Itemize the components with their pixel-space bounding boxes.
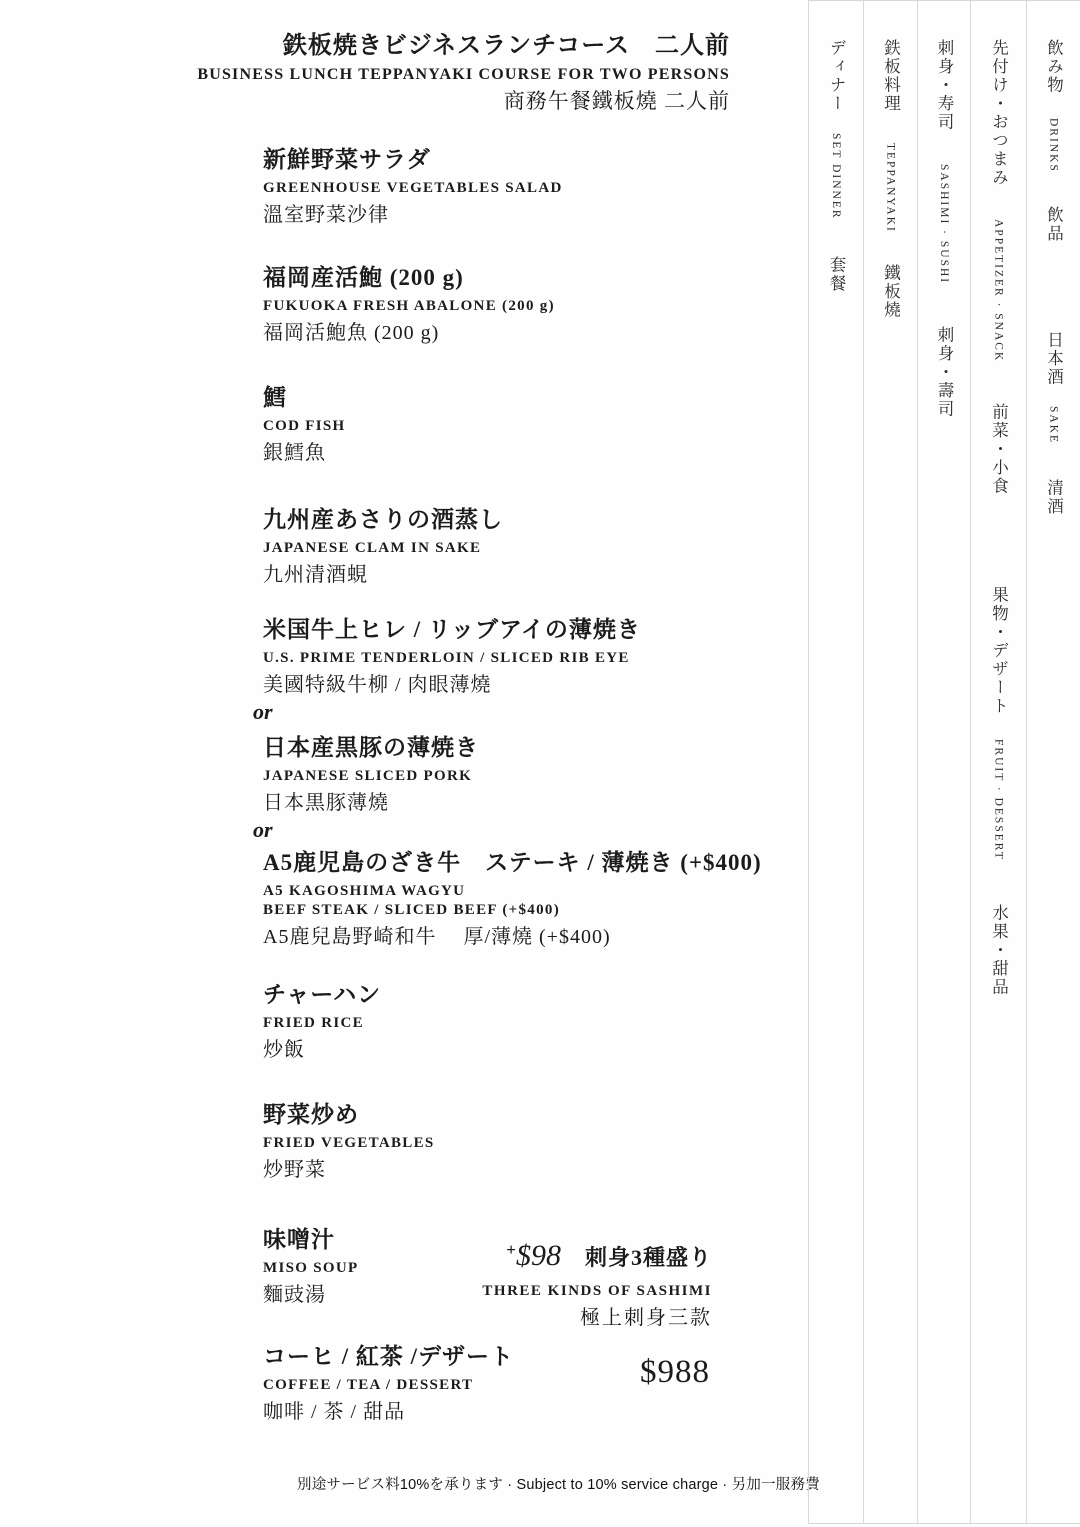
menu-page: 鉄板焼きビジネスランチコース 二人前 BUSINESS LUNCH TEPPAN… [0, 0, 1080, 1527]
tab-set-dinner[interactable]: ディナー SET DINNER 套餐 [809, 39, 863, 305]
tab-label-en: FRUIT · DESSERT [993, 739, 1005, 861]
item-name-en: MISO SOUP [263, 1259, 358, 1278]
tab-appetizer-snack[interactable]: 先付け・おつまみ APPETIZER · SNACK 前菜・小食 [971, 39, 1026, 501]
side-nav-column: ディナー SET DINNER 套餐 [808, 1, 863, 1523]
item-name-en: JAPANESE SLICED PORK [263, 767, 479, 786]
item-name-jp: 日本産黒豚の薄焼き [263, 734, 479, 762]
item-name-jp: コーヒ / 紅茶 /デザート [263, 1343, 514, 1371]
sashimi-addon: +$98刺身3種盛り THREE KINDS OF SASHIMI 極上刺身三款 [482, 1233, 712, 1330]
menu-item-fried-vegetables: 野菜炒め FRIED VEGETABLES 炒野菜 [263, 1101, 435, 1182]
tab-label-en: TEPPANYAKI [885, 143, 897, 233]
side-nav-column: 飲み物 DRINKS 飲品 日本酒 SAKE 清酒 [1026, 1, 1080, 1523]
item-name-zh: 九州清酒蜆 [263, 563, 503, 587]
plus-sign: + [506, 1240, 516, 1259]
tab-label-zh: 前菜・小食 [987, 403, 1011, 496]
side-nav-column: 先付け・おつまみ APPETIZER · SNACK 前菜・小食 果物・デザート… [970, 1, 1026, 1523]
item-name-en: GREENHOUSE VEGETABLES SALAD [263, 179, 563, 198]
course-price: $988 [640, 1354, 710, 1391]
item-name-zh: A5鹿兒島野崎和牛 厚/薄燒 (+$400) [263, 925, 762, 949]
item-name-zh: 日本黒豚薄燒 [263, 791, 479, 815]
item-name-en: FUKUOKA FRESH ABALONE (200 g) [263, 297, 555, 316]
or-separator: or [253, 700, 273, 724]
item-name-zh: 麵豉湯 [263, 1283, 358, 1307]
tab-label-zh: 飲品 [1042, 206, 1066, 243]
item-name-jp: 新鮮野菜サラダ [263, 146, 563, 174]
service-charge-note: 別途サービス料10%を承ります · Subject to 10% service… [297, 1473, 820, 1494]
menu-item-pork: 日本産黒豚の薄焼き JAPANESE SLICED PORK 日本黒豚薄燒 [263, 734, 479, 815]
tab-drinks[interactable]: 飲み物 DRINKS 飲品 [1027, 39, 1080, 244]
tab-label-zh: 鐵板燒 [879, 264, 903, 320]
tab-label-zh: 清酒 [1042, 479, 1066, 516]
item-name-en: FRIED VEGETABLES [263, 1134, 435, 1153]
tab-label-jp: ディナー [824, 39, 848, 113]
item-name-en: A5 KAGOSHIMA WAGYU BEEF STEAK / SLICED B… [263, 882, 762, 920]
addon-price: $98 [516, 1239, 561, 1272]
item-name-jp: 米国牛上ヒレ / リッブアイの薄焼き [263, 616, 641, 644]
menu-item-cod: 鱈 COD FISH 銀鱈魚 [263, 384, 346, 465]
addon-name-en: THREE KINDS OF SASHIMI [482, 1282, 712, 1301]
menu-item-salad: 新鮮野菜サラダ GREENHOUSE VEGETABLES SALAD 溫室野菜… [263, 146, 563, 227]
tab-sake[interactable]: 日本酒 SAKE 清酒 [1027, 331, 1080, 513]
tab-label-zh: 刺身・壽司 [932, 326, 956, 419]
menu-item-wagyu: A5鹿児島のざき牛 ステーキ / 薄焼き (+$400) A5 KAGOSHIM… [263, 849, 762, 949]
tab-label-jp: 果物・デザート [987, 586, 1011, 716]
tab-sashimi-sushi[interactable]: 刺身・寿司 SASHIMI · SUSHI 刺身・壽司 [918, 39, 970, 417]
menu-item-fried-rice: チャーハン FRIED RICE 炒飯 [263, 981, 381, 1062]
item-name-en: JAPANESE CLAM IN SAKE [263, 539, 503, 558]
tab-teppanyaki[interactable]: 鉄板料理 TEPPANYAKI 鐵板燒 [864, 39, 917, 321]
menu-item-us-beef: 米国牛上ヒレ / リッブアイの薄焼き U.S. PRIME TENDERLOIN… [263, 616, 641, 697]
or-separator: or [253, 818, 273, 842]
item-name-zh: 美國特級牛柳 / 肉眼薄燒 [263, 673, 641, 697]
tab-label-jp: 鉄板料理 [879, 39, 903, 113]
tab-label-en: SET DINNER [830, 133, 842, 220]
tab-label-en: SASHIMI · SUSHI [938, 164, 950, 284]
item-name-zh: 炒飯 [263, 1038, 381, 1062]
tab-fruit-dessert[interactable]: 果物・デザート FRUIT · DESSERT 水果・甜品 [971, 586, 1026, 994]
item-name-zh: 福岡活鮑魚 (200 g) [263, 321, 555, 345]
item-name-jp: 九州産あさりの酒蒸し [263, 506, 503, 534]
tab-label-jp: 刺身・寿司 [932, 39, 956, 132]
item-name-jp: 福岡産活鮑 (200 g) [263, 264, 555, 292]
side-nav-column: 鉄板料理 TEPPANYAKI 鐵板燒 [863, 1, 917, 1523]
tab-label-jp: 日本酒 [1042, 331, 1066, 387]
item-name-jp: 鱈 [263, 384, 346, 412]
item-name-jp: 味噌汁 [263, 1226, 358, 1254]
tab-label-jp: 先付け・おつまみ [987, 39, 1011, 187]
tab-label-en: SAKE [1048, 406, 1060, 444]
course-title-jp: 鉄板焼きビジネスランチコース 二人前 [197, 31, 730, 61]
item-name-en: COFFEE / TEA / DESSERT [263, 1376, 514, 1395]
sashimi-addon-title: +$98刺身3種盛り [482, 1233, 712, 1278]
course-title-zh: 商務午餐鐵板燒 二人前 [197, 88, 730, 114]
tab-label-zh: 水果・甜品 [987, 904, 1011, 997]
tab-label-en: APPETIZER · SNACK [993, 219, 1005, 362]
side-nav-column: 刺身・寿司 SASHIMI · SUSHI 刺身・壽司 [917, 1, 970, 1523]
tab-label-en: DRINKS [1048, 118, 1060, 173]
item-name-jp: A5鹿児島のざき牛 ステーキ / 薄焼き (+$400) [263, 849, 762, 877]
addon-name-jp: 刺身3種盛り [585, 1245, 712, 1270]
item-name-zh: 炒野菜 [263, 1158, 435, 1182]
course-title: 鉄板焼きビジネスランチコース 二人前 BUSINESS LUNCH TEPPAN… [197, 31, 730, 114]
tab-label-jp: 飲み物 [1042, 39, 1066, 95]
item-name-en: COD FISH [263, 417, 346, 436]
menu-item-coffee-tea-dessert: コーヒ / 紅茶 /デザート COFFEE / TEA / DESSERT 咖啡… [263, 1343, 514, 1424]
menu-item-miso-soup: 味噌汁 MISO SOUP 麵豉湯 [263, 1226, 358, 1307]
item-name-zh: 溫室野菜沙律 [263, 203, 563, 227]
menu-item-clam: 九州産あさりの酒蒸し JAPANESE CLAM IN SAKE 九州清酒蜆 [263, 506, 503, 587]
tab-label-zh: 套餐 [824, 256, 848, 293]
item-name-jp: 野菜炒め [263, 1101, 435, 1129]
side-nav: ディナー SET DINNER 套餐 鉄板料理 TEPPANYAKI 鐵板燒 刺… [808, 0, 1080, 1524]
item-name-en: FRIED RICE [263, 1014, 381, 1033]
item-name-en: U.S. PRIME TENDERLOIN / SLICED RIB EYE [263, 649, 641, 668]
addon-name-zh: 極上刺身三款 [482, 1306, 712, 1330]
item-name-zh: 咖啡 / 茶 / 甜品 [263, 1400, 514, 1424]
item-name-zh: 銀鱈魚 [263, 441, 346, 465]
menu-item-abalone: 福岡産活鮑 (200 g) FUKUOKA FRESH ABALONE (200… [263, 264, 555, 345]
item-name-jp: チャーハン [263, 981, 381, 1009]
course-title-en: BUSINESS LUNCH TEPPANYAKI COURSE FOR TWO… [197, 64, 730, 85]
